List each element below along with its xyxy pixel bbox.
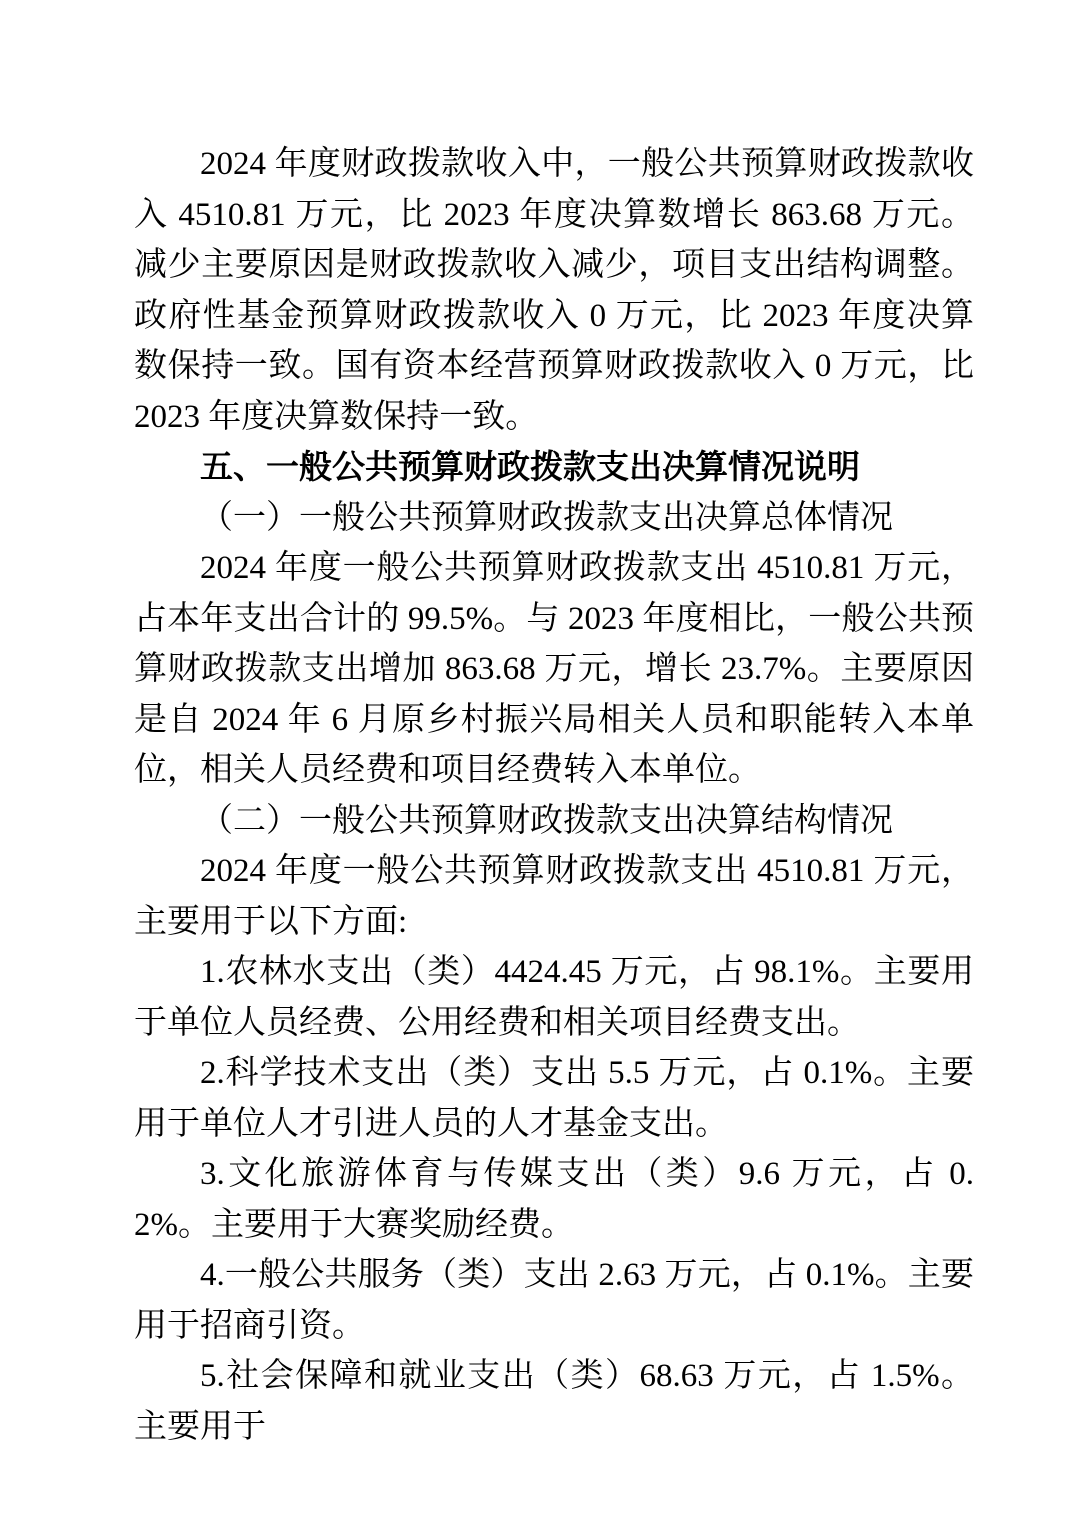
section-heading-5: 五、一般公共预算财政拨款支出决算情况说明 (134, 442, 974, 493)
list-item-5-social-security-employment: 5.社会保障和就业支出（类）68.63 万元，占 1.5%。主要用于 (134, 1351, 974, 1452)
document-page: 2024 年度财政拨款收入中，一般公共预算财政拨款收入 4510.81 万元，比… (0, 0, 1074, 1520)
paragraph-expenditure-structure-intro: 2024 年度一般公共预算财政拨款支出 4510.81 万元，主要用于以下方面: (134, 846, 974, 947)
list-item-2-science-technology: 2.科学技术支出（类）支出 5.5 万元，占 0.1%。主要用于单位人才引进人员… (134, 1048, 974, 1149)
paragraph-expenditure-overview: 2024 年度一般公共预算财政拨款支出 4510.81 万元，占本年支出合计的 … (134, 543, 974, 796)
list-item-1-agriculture-forestry-water: 1.农林水支出（类）4424.45 万元，占 98.1%。主要用于单位人员经费、… (134, 947, 974, 1048)
list-item-3-culture-tourism-sports-media: 3.文化旅游体育与传媒支出（类）9.6 万元，占 0.2%。主要用于大赛奖励经费… (134, 1149, 974, 1250)
document-body: 2024 年度财政拨款收入中，一般公共预算财政拨款收入 4510.81 万元，比… (134, 139, 974, 1452)
subsection-heading-1: （一）一般公共预算财政拨款支出决算总体情况 (134, 493, 974, 544)
subsection-heading-2: （二）一般公共预算财政拨款支出决算结构情况 (134, 796, 974, 847)
paragraph-fiscal-income-summary: 2024 年度财政拨款收入中，一般公共预算财政拨款收入 4510.81 万元，比… (134, 139, 974, 442)
list-item-4-general-public-services: 4.一般公共服务（类）支出 2.63 万元，占 0.1%。主要用于招商引资。 (134, 1250, 974, 1351)
